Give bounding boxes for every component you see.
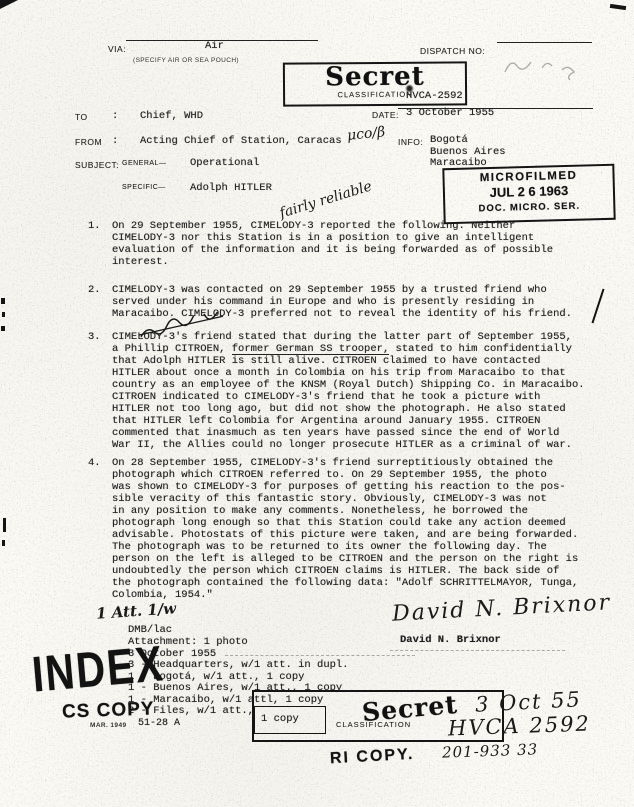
scanned-document-page: VIA: Air (SPECIFY AIR OR SEA POUCH) DISP… [0, 0, 634, 807]
corner-artifact-top-left [0, 0, 18, 9]
officer-initials: DMB/lac [128, 624, 172, 636]
edge-mark-2 [2, 312, 5, 317]
paragraph-1-text: On 29 September 1955, CIMELODY-3 reporte… [112, 220, 588, 268]
info-values: Bogotá Buenos Aires Maracaibo [430, 135, 506, 170]
one-copy-box: 1 copy [254, 706, 326, 734]
via-value: Air [205, 40, 224, 52]
paragraph-2-text: CIMELODY-3 was contacted on 29 September… [112, 284, 588, 320]
paragraph-4: 4. On 28 September 1955, CIMELODY-3's fr… [88, 457, 588, 601]
doc-micro-ser-text: DOC. MICRO. SER. [445, 200, 613, 215]
subject-label: SUBJECT: [75, 160, 119, 170]
paragraph-3: 3. CIMELODY-3's friend stated that durin… [88, 331, 588, 451]
underline-ss-trooper [232, 354, 390, 355]
one-copy-text: 1 copy [261, 713, 299, 725]
handwritten-caracas-note: μco/β [346, 124, 386, 144]
handwritten-attachment-note: 1 Att. 1/w [95, 599, 176, 623]
paragraph-1: 1. On 29 September 1955, CIMELODY-3 repo… [88, 220, 588, 268]
from-value: Acting Chief of Station, Caracas [140, 135, 342, 147]
date-label: DATE: [372, 110, 399, 120]
paragraph-4-number: 4. [88, 457, 101, 469]
specific-label: SPECIFIC— [122, 184, 166, 191]
cs-copy-date: MAR. 1949 [90, 722, 126, 729]
paragraph-2-number: 2. [88, 284, 101, 296]
specific-value: Adolph HITLER [190, 182, 272, 194]
date-underline [398, 108, 593, 109]
form-number: 51-28 A [138, 718, 180, 730]
to-label: TO [75, 112, 88, 122]
from-colon: : [112, 135, 118, 147]
signature-typed: David N. Brixnor [400, 634, 501, 646]
edge-mark-backslash [591, 289, 604, 324]
paragraph-3-text: CIMELODY-3's friend stated that during t… [112, 331, 588, 451]
dispatch-label: DISPATCH NO: [420, 46, 485, 56]
ri-copy-stamp: RI COPY. [330, 746, 415, 768]
classification-label-bottom: CLASSIFICATION [336, 720, 411, 729]
scan-dash-line-2 [390, 650, 565, 651]
info-label: INFO: [398, 137, 423, 147]
microfilmed-date: JUL 2 6 1963 [445, 182, 613, 201]
edge-mark-4 [3, 518, 6, 532]
edge-mark-5 [2, 540, 5, 546]
faint-scribble [500, 50, 590, 82]
index-stamp: INDEX [30, 636, 167, 704]
to-colon: : [112, 110, 118, 122]
handwritten-file-note: 201-933 33 [442, 740, 539, 761]
paragraph-4-text: On 28 September 1955, CIMELODY-3's frien… [112, 457, 588, 601]
scan-dash-line-1 [225, 655, 415, 656]
via-underline [126, 40, 318, 41]
corner-artifact-top-right [610, 4, 626, 10]
dispatch-underline [497, 42, 592, 43]
paragraph-3-number: 3. [88, 331, 101, 343]
to-value: Chief, WHD [140, 110, 203, 122]
handwritten-reliability-note: fairly reliable [278, 178, 374, 221]
secret-stamp: Secret [285, 61, 465, 92]
edge-mark-3 [1, 326, 5, 331]
general-label: GENERAL— [122, 160, 166, 167]
edge-mark-1 [1, 298, 5, 304]
microfilmed-stamp: MICROFILMED JUL 2 6 1963 DOC. MICRO. SER… [442, 164, 615, 224]
from-label: FROM [75, 137, 102, 147]
paragraph-2: 2. CIMELODY-3 was contacted on 29 Septem… [88, 284, 588, 320]
via-label: VIA: [108, 44, 126, 54]
pouch-hint: (SPECIFY AIR OR SEA POUCH) [133, 57, 239, 64]
reference-number: HVCA-2592 [406, 90, 463, 102]
general-value: Operational [190, 157, 259, 169]
handwritten-ref-note: HVCA 2592 [448, 712, 592, 741]
paragraph-1-number: 1. [88, 220, 101, 232]
